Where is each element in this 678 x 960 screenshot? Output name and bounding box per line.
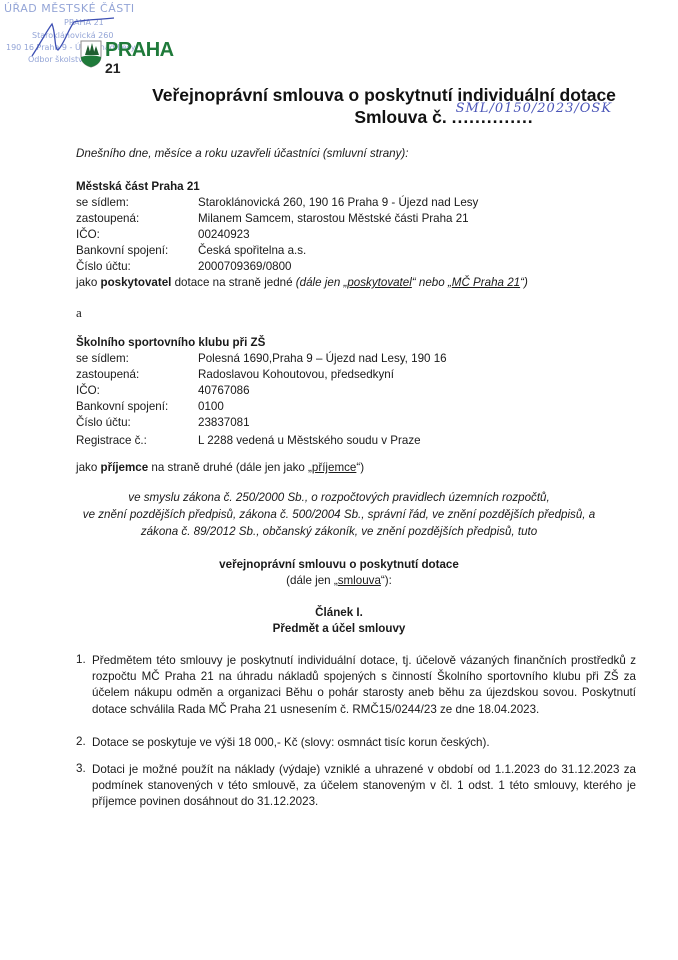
field-value: L 2288 vedená u Městského soudu v Praze	[198, 434, 421, 447]
item-text: Předmětem této smlouvy je poskytnutí ind…	[92, 653, 636, 718]
role-close: “)	[356, 461, 364, 474]
item-text: Dotace se poskytuje ve výši 18 000,- Kč …	[92, 735, 636, 751]
field-label: Číslo účtu:	[76, 416, 198, 429]
recipient-name: Školního sportovního klubu při ZŠ	[76, 336, 265, 349]
field-value: 23837081	[198, 416, 250, 429]
recipient-field: Registrace č.:L 2288 vedená u Městského …	[76, 434, 421, 447]
role-bold: poskytovatel	[101, 276, 172, 289]
provider-name: Městská část Praha 21	[76, 180, 200, 193]
field-value: 00240923	[198, 228, 250, 241]
alias-close: “):	[381, 574, 392, 587]
logo-number: 21	[105, 61, 174, 75]
field-value: 0100	[198, 400, 224, 413]
field-label: Bankovní spojení:	[76, 400, 198, 413]
field-value: Milanem Samcem, starostou Městské části …	[198, 212, 469, 225]
role-italic-close: “)	[520, 276, 528, 289]
role-term: příjemce	[312, 461, 356, 474]
field-value: 40767086	[198, 384, 250, 397]
coat-of-arms-icon	[80, 40, 102, 68]
field-label: Registrace č.:	[76, 434, 198, 447]
provider-field: se sídlem:Staroklánovická 260, 190 16 Pr…	[76, 196, 478, 209]
provider-field: zastoupená:Milanem Samcem, starostou Měs…	[76, 212, 469, 225]
role-middle: dotace na straně jedné	[171, 276, 295, 289]
legal-basis-line: ve znění pozdějších předpisů, zákona č. …	[0, 508, 678, 521]
article-item: 3. Dotaci je možné použít na náklady (vý…	[76, 762, 636, 811]
field-value: 2000709369/0800	[198, 260, 292, 273]
recipient-field: Bankovní spojení:0100	[76, 400, 224, 413]
field-value: Staroklánovická 260, 190 16 Praha 9 - Új…	[198, 196, 478, 209]
field-label: zastoupená:	[76, 368, 198, 381]
field-value: Polesná 1690,Praha 9 – Újezd nad Lesy, 1…	[198, 352, 447, 365]
legal-basis-line: zákona č. 89/2012 Sb., občanský zákoník,…	[0, 525, 678, 538]
conjunction: a	[76, 305, 82, 321]
role-middle: na straně druhé (dále jen jako „	[148, 461, 312, 474]
alias-open: (dále jen „	[286, 574, 338, 587]
item-text: Dotaci je možné použít na náklady (výdaj…	[92, 762, 636, 811]
role-prefix: jako	[76, 461, 101, 474]
role-term: poskytovatel	[347, 276, 411, 289]
recipient-role: jako příjemce na straně druhé (dále jen …	[76, 461, 364, 474]
legal-basis-line: ve smyslu zákona č. 250/2000 Sb., o rozp…	[0, 491, 678, 504]
field-label: zastoupená:	[76, 212, 198, 225]
role-italic-mid: “ nebo „	[412, 276, 452, 289]
role-bold: příjemce	[101, 461, 149, 474]
field-label: se sídlem:	[76, 352, 198, 365]
field-value: Česká spořitelna a.s.	[198, 244, 306, 257]
provider-field: IČO:00240923	[76, 228, 250, 241]
alias-term: smlouva	[338, 574, 381, 587]
field-label: Bankovní spojení:	[76, 244, 198, 257]
contract-number-line: Smlouva č. .............. SML/0150/2023/…	[105, 107, 678, 128]
contract-label: Smlouva č.	[354, 107, 446, 127]
item-number: 3.	[76, 762, 86, 775]
role-prefix: jako	[76, 276, 101, 289]
role-term: MČ Praha 21	[452, 276, 520, 289]
provider-field: Číslo účtu:2000709369/0800	[76, 260, 292, 273]
recipient-field: se sídlem:Polesná 1690,Praha 9 – Újezd n…	[76, 352, 447, 365]
field-label: se sídlem:	[76, 196, 198, 209]
recipient-field: Číslo účtu:23837081	[76, 416, 250, 429]
logo-name: PRAHA	[105, 40, 174, 60]
field-value: Radoslavou Kohoutovou, předsedkyní	[198, 368, 394, 381]
agreement-alias: (dále jen „smlouva“):	[0, 574, 678, 587]
item-number: 2.	[76, 735, 86, 748]
article-item: 1. Předmětem této smlouvy je poskytnutí …	[76, 653, 636, 718]
item-number: 1.	[76, 653, 86, 666]
field-label: Číslo účtu:	[76, 260, 198, 273]
article-number: Článek I.	[0, 606, 678, 619]
recipient-field: zastoupená:Radoslavou Kohoutovou, předse…	[76, 368, 394, 381]
agreement-title: veřejnoprávní smlouvu o poskytnutí dotac…	[0, 558, 678, 571]
contract-dots: .............. SML/0150/2023/OSK	[452, 107, 534, 127]
praha21-logo: PRAHA 21	[80, 40, 174, 75]
provider-role: jako poskytovatel dotace na straně jedné…	[76, 276, 528, 289]
intro-text: Dnešního dne, měsíce a roku uzavřeli úča…	[76, 147, 409, 160]
article-item: 2. Dotace se poskytuje ve výši 18 000,- …	[76, 735, 636, 751]
field-label: IČO:	[76, 384, 198, 397]
field-label: IČO:	[76, 228, 198, 241]
recipient-field: IČO:40767086	[76, 384, 250, 397]
article-title: Předmět a účel smlouvy	[0, 622, 678, 635]
role-italic-open: (dále jen „	[296, 276, 348, 289]
contract-number-handwritten: SML/0150/2023/OSK	[456, 101, 612, 116]
provider-field: Bankovní spojení:Česká spořitelna a.s.	[76, 244, 306, 257]
